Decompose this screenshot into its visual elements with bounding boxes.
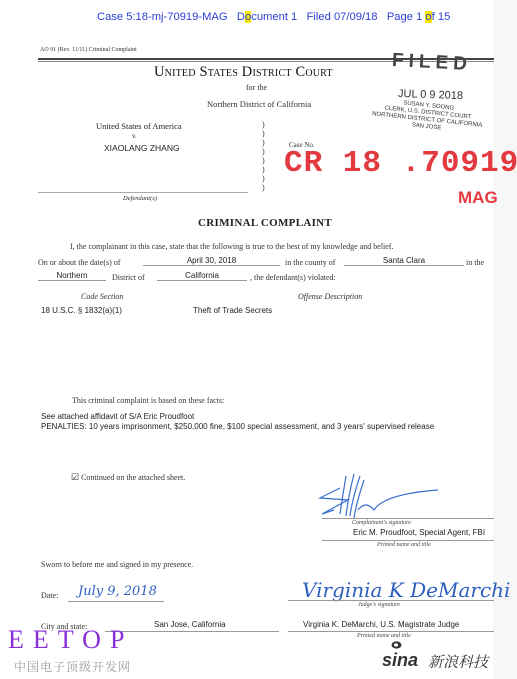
eetop-watermark-cn: 中国电子顶级开发网	[14, 658, 131, 675]
state-field: California	[157, 271, 247, 281]
judge-sig-caption: Judge's signature	[358, 602, 400, 608]
continued-checkbox-row: ☑ Continued on the attached sheet.	[71, 472, 185, 483]
filed-stamp: FILED	[391, 50, 472, 76]
facts-penalties: PENALTIES: 10 years imprisonment, $250,0…	[41, 422, 434, 431]
complainant-name-rule	[322, 540, 494, 541]
ecf-header: Case 5:18-mj-70919-MAG Document 1 Filed …	[97, 11, 450, 23]
continued-label: Continued on the attached sheet.	[81, 473, 185, 482]
facts-line-1: See attached affidavit of S/A Eric Proud…	[41, 412, 194, 421]
complainant-name: Eric M. Proudfoot, Special Agent, FBI	[353, 528, 485, 537]
sina-eye-logo-icon	[391, 640, 402, 649]
offense-code: 18 U.S.C. § 1832(a)(1)	[41, 306, 122, 315]
checked-box-icon: ☑	[71, 472, 79, 482]
eetop-watermark: EETOP	[8, 625, 133, 655]
offense-description: Theft of Trade Secrets	[193, 306, 272, 315]
court-title: United States District Court	[154, 64, 333, 81]
court-district: Northern District of California	[207, 99, 311, 109]
date-rule	[68, 601, 164, 602]
signed-date-handwritten: July 9, 2018	[78, 584, 157, 599]
judge-sig-rule	[288, 600, 494, 601]
code-section-header: Code Section	[81, 292, 123, 301]
complainant-sig-rule	[322, 518, 494, 519]
case-number-stamp: CR 18 .70919	[284, 146, 517, 181]
judge-printed-caption: Printed name and title	[357, 633, 411, 639]
complainant-signature	[318, 470, 458, 522]
judge-name-rule	[288, 631, 494, 632]
date-label: On or about the date(s) of	[38, 258, 120, 267]
county-label: in the county of	[285, 258, 335, 267]
offense-description-header: Offense Description	[298, 292, 362, 301]
page-indicator: Page 1 of 15	[387, 11, 450, 23]
date-label-signed: Date:	[41, 591, 58, 600]
versus: v.	[132, 132, 137, 140]
in-the-label: in the	[466, 258, 484, 267]
city-state-value: San Jose, California	[154, 620, 226, 629]
complainant-printed-caption: Printed name and title	[377, 542, 431, 548]
defendant-rule	[38, 192, 248, 193]
plaintiff: United States of America	[96, 121, 182, 131]
form-id: AO 91 (Rev. 11/11) Criminal Complaint	[40, 47, 137, 53]
sworn-statement: Sworn to before me and signed in my pres…	[41, 560, 193, 569]
complainant-sig-caption: Complainant's signature	[352, 520, 411, 526]
sina-watermark: sina	[382, 650, 418, 671]
case-suffix-stamp: MAG	[458, 188, 498, 208]
violated-label: , the defendant(s) violated:	[250, 273, 336, 282]
defendant-name: XIAOLANG ZHANG	[104, 143, 180, 153]
caption-brackets: ))))))))	[262, 120, 270, 192]
sina-watermark-cn: 新浪科技	[428, 651, 488, 672]
facts-intro: This criminal complaint is based on thes…	[72, 396, 224, 405]
county-field: Santa Clara	[344, 256, 464, 266]
judge-printed-name: Virginia K. DeMarchi, U.S. Magistrate Ju…	[303, 620, 459, 629]
complaint-intro: I, the complainant in this case, state t…	[70, 242, 393, 251]
clerk-stamp: SUSAN Y. SOONG CLERK, U.S. DISTRICT COUR…	[369, 97, 486, 137]
for-the-label: for the	[246, 83, 267, 92]
district-of-label: District of	[112, 273, 145, 282]
judge-signature: Virginia K DeMarchi	[302, 578, 510, 602]
defendant-label: Defendant(s)	[123, 195, 157, 202]
case-number-header: Case 5:18-mj-70919-MAG	[97, 11, 228, 23]
district-field: Northern	[38, 271, 106, 281]
offense-date-field: April 30, 2018	[143, 256, 280, 266]
document-number: Document 1	[237, 11, 297, 23]
filed-date-header: Filed 07/09/18	[307, 11, 378, 23]
complaint-title: CRIMINAL COMPLAINT	[198, 217, 332, 229]
